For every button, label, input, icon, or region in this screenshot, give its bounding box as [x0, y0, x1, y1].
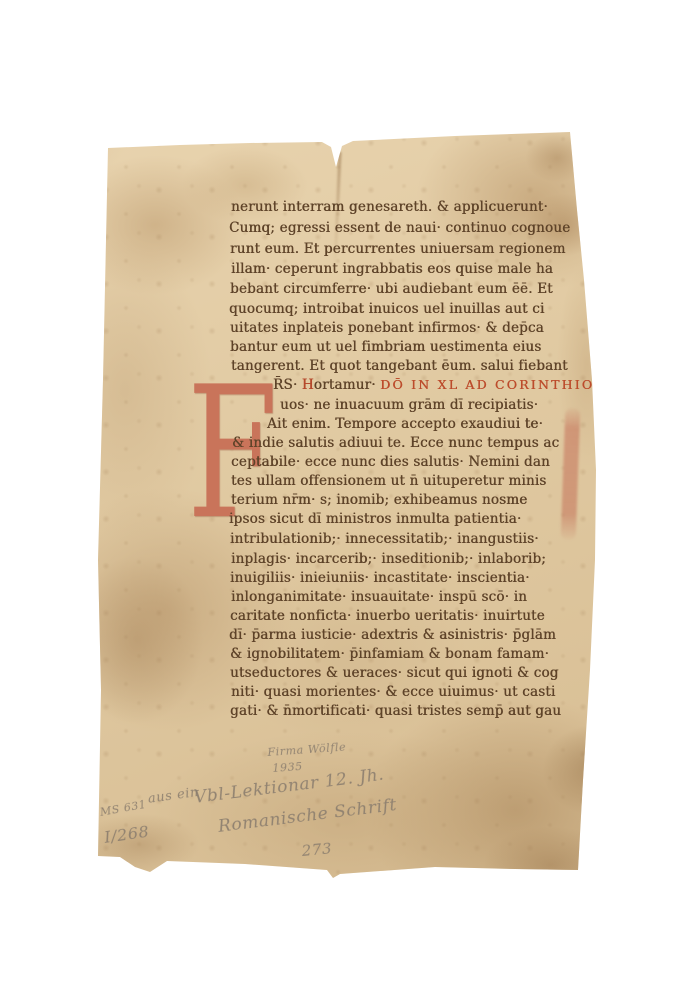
- manuscript-line: ceptabile· ecce nunc dies salutis· Nemin…: [231, 454, 550, 470]
- manuscript-rubric-line: R̄S· Hortamur· DŌ IN XL AD CORINTHIOS: [273, 377, 605, 393]
- rubric-red-capitals: DŌ IN XL AD CORINTHIOS: [380, 377, 605, 392]
- manuscript-line: Cumq; egressi essent de naui· continuo c…: [229, 220, 570, 236]
- manuscript-line: inplagis· incarcerib;· inseditionib;· in…: [231, 551, 546, 567]
- manuscript-line: Ait enim. Tempore accepto exaudiui te·: [267, 416, 543, 432]
- manuscript-line: terium nr̄m· s; inomib; exhibeamus nosme: [231, 492, 527, 508]
- manuscript-line: inlonganimitate· insuauitate· inspū scō·…: [231, 589, 527, 605]
- manuscript-line: bantur eum ut uel fimbriam uestimenta ei…: [230, 339, 541, 355]
- rubric-text: ortamur·: [314, 377, 380, 393]
- manuscript-line: dī· p̄arma iusticie· adextris & asinistr…: [229, 627, 556, 643]
- manuscript-line: caritate nonficta· inuerbo ueritatis· in…: [230, 608, 545, 624]
- manuscript-line: gati· & n̄mortificati· quasi tristes sem…: [230, 703, 561, 719]
- manuscript-line: & ignobilitatem· p̄infamiam & bonam fama…: [230, 646, 549, 662]
- manuscript-line: niti· quasi morientes· & ecce uiuimus· u…: [231, 684, 555, 700]
- pencil-annotation: 273: [301, 839, 333, 860]
- manuscript-line: uitates inplateis ponebant infirmos· & d…: [230, 320, 544, 336]
- manuscript-line: inuigiliis· inieiuniis· incastitate· ins…: [230, 570, 530, 586]
- rubric-text: H: [302, 377, 314, 393]
- manuscript-line: runt eum. Et percurrentes uniuersam regi…: [230, 241, 566, 257]
- manuscript-line: nerunt interram genesareth. & applicueru…: [231, 199, 548, 215]
- rubric-text: R̄S·: [273, 377, 302, 393]
- manuscript-line: quocumq; introibat inuicos uel inuillas …: [229, 301, 544, 317]
- manuscript-line: illam· ceperunt ingrabbatis eos quise ma…: [231, 261, 553, 277]
- manuscript-line: tes ullam offensionem ut n̄ uituperetur …: [231, 473, 546, 489]
- manuscript-line: bebant circumferre· ubi audiebant eum ēē…: [230, 281, 553, 297]
- manuscript-leaf: F nerunt interram genesareth. & applicue…: [95, 130, 602, 878]
- text-block: nerunt interram genesareth. & applicueru…: [95, 130, 602, 878]
- manuscript-line: tangerent. Et quot tangebant ēum. salui …: [231, 358, 568, 374]
- manuscript-line: intribulationib;· innecessitatib;· inang…: [230, 531, 539, 547]
- photo-background: F nerunt interram genesareth. & applicue…: [0, 0, 696, 1000]
- pencil-annotation: 1935: [272, 760, 303, 775]
- manuscript-line: ipsos sicut dī ministros inmulta patient…: [229, 511, 521, 527]
- manuscript-line: uos· ne inuacuum grām dī recipiatis·: [280, 397, 538, 413]
- manuscript-line: & indie salutis adiuui te. Ecce nunc tem…: [232, 435, 559, 451]
- manuscript-line: utseductores & ueraces· sicut qui ignoti…: [230, 665, 559, 681]
